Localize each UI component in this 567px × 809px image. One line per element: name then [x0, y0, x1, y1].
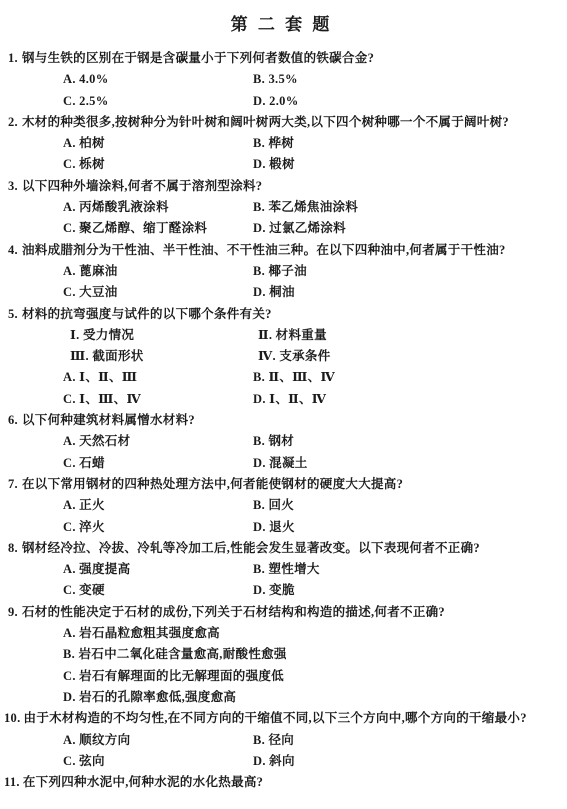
roman-item: Ⅲ. 截面形状	[70, 346, 258, 367]
option: A. 柏树	[63, 133, 253, 154]
question-text: 油料成腊剂分为干性油、半干性油、不干性油三种。在以下四种油中,何者属于干性油?	[22, 243, 506, 257]
question-number: 1.	[8, 51, 22, 65]
options: A. 4.0% B. 3.5% C. 2.5% D. 2.0%	[4, 69, 559, 112]
option: B. 钢材	[253, 431, 559, 452]
question-line: 4.油料成腊剂分为干性油、半干性油、不干性油三种。在以下四种油中,何者属于干性油…	[4, 240, 559, 261]
question-8: 8.钢材经冷拉、冷拔、冷轧等冷加工后,性能会发生显著改变。以下表现何者不正确? …	[4, 538, 559, 602]
question-number: 9.	[8, 605, 22, 619]
sub-items: Ⅰ. 受力情况 Ⅱ. 材料重量 Ⅲ. 截面形状 Ⅳ. 支承条件	[4, 325, 559, 368]
question-9: 9.石材的性能决定于石材的成份,下列关于石材结构和构造的描述,何者不正确? A.…	[4, 602, 559, 708]
options: A. 蓖麻油 B. 椰子油 C. 大豆油 D. 桐油	[4, 261, 559, 304]
roman-item: Ⅳ. 支承条件	[258, 346, 559, 367]
option: D. 椴树	[253, 154, 559, 175]
option: A. 强度提高	[63, 559, 253, 580]
option: A. 4.0%	[63, 69, 253, 90]
option: B. 塑性增大	[253, 559, 559, 580]
options: A. 柏树 B. 桦树 C. 栎树 D. 椴树	[4, 133, 559, 176]
exam-title: 第 二 套 题	[4, 10, 559, 35]
option: D. 岩石的孔隙率愈低,强度愈高	[63, 687, 559, 708]
option: C. 2.5%	[63, 91, 253, 112]
question-text: 以下何种建筑材料属憎水材料?	[22, 413, 195, 427]
question-7: 7.在以下常用钢材的四种热处理方法中,何者能使钢材的硬度大大提高? A. 正火 …	[4, 474, 559, 538]
question-4: 4.油料成腊剂分为干性油、半干性油、不干性油三种。在以下四种油中,何者属于干性油…	[4, 240, 559, 304]
option: D. 斜向	[253, 751, 559, 772]
question-1: 1.钢与生铁的区别在于钢是含碳量小于下列何者数值的铁碳合金? A. 4.0% B…	[4, 48, 559, 112]
option: D. 退火	[253, 517, 559, 538]
roman-item: Ⅱ. 材料重量	[258, 325, 559, 346]
option: D. 混凝土	[253, 453, 559, 474]
options: A. 强度提高 B. 塑性增大 C. 变硬 D. 变脆	[4, 559, 559, 602]
question-number: 6.	[8, 413, 22, 427]
option: C. 栎树	[63, 154, 253, 175]
question-line: 2.木材的种类很多,按树种分为针叶树和阔叶树两大类,以下四个树种哪一个不属于阔叶…	[4, 112, 559, 133]
option: C. Ⅰ、Ⅲ、Ⅳ	[63, 389, 253, 410]
question-10: 10.由于木材构造的不均匀性,在不同方向的干缩值不同,以下三个方向中,哪个方向的…	[4, 708, 559, 772]
option: D. 桐油	[253, 282, 559, 303]
question-line: 11.在下列四种水泥中,何种水泥的水化热最高?	[4, 772, 559, 793]
question-line: 7.在以下常用钢材的四种热处理方法中,何者能使钢材的硬度大大提高?	[4, 474, 559, 495]
option: B. 岩石中二氧化硅含量愈高,耐酸性愈强	[63, 644, 559, 665]
option: D. Ⅰ、Ⅱ、Ⅳ	[253, 389, 559, 410]
option: A. Ⅰ、Ⅱ、Ⅲ	[63, 367, 253, 388]
option: B. 径向	[253, 730, 559, 751]
options: A. Ⅰ、Ⅱ、Ⅲ B. Ⅱ、Ⅲ、Ⅳ C. Ⅰ、Ⅲ、Ⅳ D. Ⅰ、Ⅱ、Ⅳ	[4, 367, 559, 410]
question-line: 5.材料的抗弯强度与试件的以下哪个条件有关?	[4, 304, 559, 325]
question-11: 11.在下列四种水泥中,何种水泥的水化热最高?	[4, 772, 559, 793]
question-number: 3.	[8, 179, 22, 193]
question-text: 材料的抗弯强度与试件的以下哪个条件有关?	[22, 307, 272, 321]
question-number: 2.	[8, 115, 22, 129]
question-line: 9.石材的性能决定于石材的成份,下列关于石材结构和构造的描述,何者不正确?	[4, 602, 559, 623]
option: C. 淬火	[63, 517, 253, 538]
option: C. 大豆油	[63, 282, 253, 303]
question-number: 5.	[8, 307, 22, 321]
option: D. 变脆	[253, 580, 559, 601]
question-line: 1.钢与生铁的区别在于钢是含碳量小于下列何者数值的铁碳合金?	[4, 48, 559, 69]
question-number: 10.	[4, 711, 24, 725]
option: A. 丙烯酸乳液涂料	[63, 197, 253, 218]
option: C. 弦向	[63, 751, 253, 772]
options: A. 丙烯酸乳液涂料 B. 苯乙烯焦油涂料 C. 聚乙烯醇、缩丁醛涂料 D. 过…	[4, 197, 559, 240]
option: D. 2.0%	[253, 91, 559, 112]
question-text: 在下列四种水泥中,何种水泥的水化热最高?	[23, 775, 263, 789]
question-line: 8.钢材经冷拉、冷拔、冷轧等冷加工后,性能会发生显著改变。以下表现何者不正确?	[4, 538, 559, 559]
option: B. 桦树	[253, 133, 559, 154]
option: B. 回火	[253, 495, 559, 516]
question-text: 石材的性能决定于石材的成份,下列关于石材结构和构造的描述,何者不正确?	[22, 605, 445, 619]
option: D. 过氯乙烯涂料	[253, 218, 559, 239]
options: A. 顺纹方向 B. 径向 C. 弦向 D. 斜向	[4, 730, 559, 773]
question-number: 8.	[8, 541, 22, 555]
question-6: 6.以下何种建筑材料属憎水材料? A. 天然石材 B. 钢材 C. 石蜡 D. …	[4, 410, 559, 474]
question-text: 木材的种类很多,按树种分为针叶树和阔叶树两大类,以下四个树种哪一个不属于阔叶树?	[22, 115, 509, 129]
option: C. 石蜡	[63, 453, 253, 474]
option: A. 顺纹方向	[63, 730, 253, 751]
option: B. Ⅱ、Ⅲ、Ⅳ	[253, 367, 559, 388]
question-2: 2.木材的种类很多,按树种分为针叶树和阔叶树两大类,以下四个树种哪一个不属于阔叶…	[4, 112, 559, 176]
options: A. 正火 B. 回火 C. 淬火 D. 退火	[4, 495, 559, 538]
question-line: 6.以下何种建筑材料属憎水材料?	[4, 410, 559, 431]
option: C. 聚乙烯醇、缩丁醛涂料	[63, 218, 253, 239]
option: C. 岩石有解理面的比无解理面的强度低	[63, 666, 559, 687]
question-3: 3.以下四种外墙涂料,何者不属于溶剂型涂料? A. 丙烯酸乳液涂料 B. 苯乙烯…	[4, 176, 559, 240]
option: B. 3.5%	[253, 69, 559, 90]
question-line: 3.以下四种外墙涂料,何者不属于溶剂型涂料?	[4, 176, 559, 197]
option: A. 岩石晶粒愈粗其强度愈高	[63, 623, 559, 644]
option: B. 椰子油	[253, 261, 559, 282]
question-text: 钢材经冷拉、冷拔、冷轧等冷加工后,性能会发生显著改变。以下表现何者不正确?	[22, 541, 480, 555]
question-text: 以下四种外墙涂料,何者不属于溶剂型涂料?	[22, 179, 262, 193]
option: C. 变硬	[63, 580, 253, 601]
option: A. 天然石材	[63, 431, 253, 452]
exam-page: 第 二 套 题 1.钢与生铁的区别在于钢是含碳量小于下列何者数值的铁碳合金? A…	[0, 0, 567, 793]
question-5: 5.材料的抗弯强度与试件的以下哪个条件有关? Ⅰ. 受力情况 Ⅱ. 材料重量 Ⅲ…	[4, 304, 559, 410]
options: A. 岩石晶粒愈粗其强度愈高 B. 岩石中二氧化硅含量愈高,耐酸性愈强 C. 岩…	[4, 623, 559, 708]
question-text: 由于木材构造的不均匀性,在不同方向的干缩值不同,以下三个方向中,哪个方向的干缩最…	[24, 711, 527, 725]
roman-item: Ⅰ. 受力情况	[70, 325, 258, 346]
question-text: 钢与生铁的区别在于钢是含碳量小于下列何者数值的铁碳合金?	[22, 51, 374, 65]
question-line: 10.由于木材构造的不均匀性,在不同方向的干缩值不同,以下三个方向中,哪个方向的…	[4, 708, 559, 729]
option: B. 苯乙烯焦油涂料	[253, 197, 559, 218]
options: A. 天然石材 B. 钢材 C. 石蜡 D. 混凝土	[4, 431, 559, 474]
question-number: 4.	[8, 243, 22, 257]
option: A. 蓖麻油	[63, 261, 253, 282]
question-number: 7.	[8, 477, 22, 491]
option: A. 正火	[63, 495, 253, 516]
question-number: 11.	[4, 775, 23, 789]
question-text: 在以下常用钢材的四种热处理方法中,何者能使钢材的硬度大大提高?	[22, 477, 403, 491]
